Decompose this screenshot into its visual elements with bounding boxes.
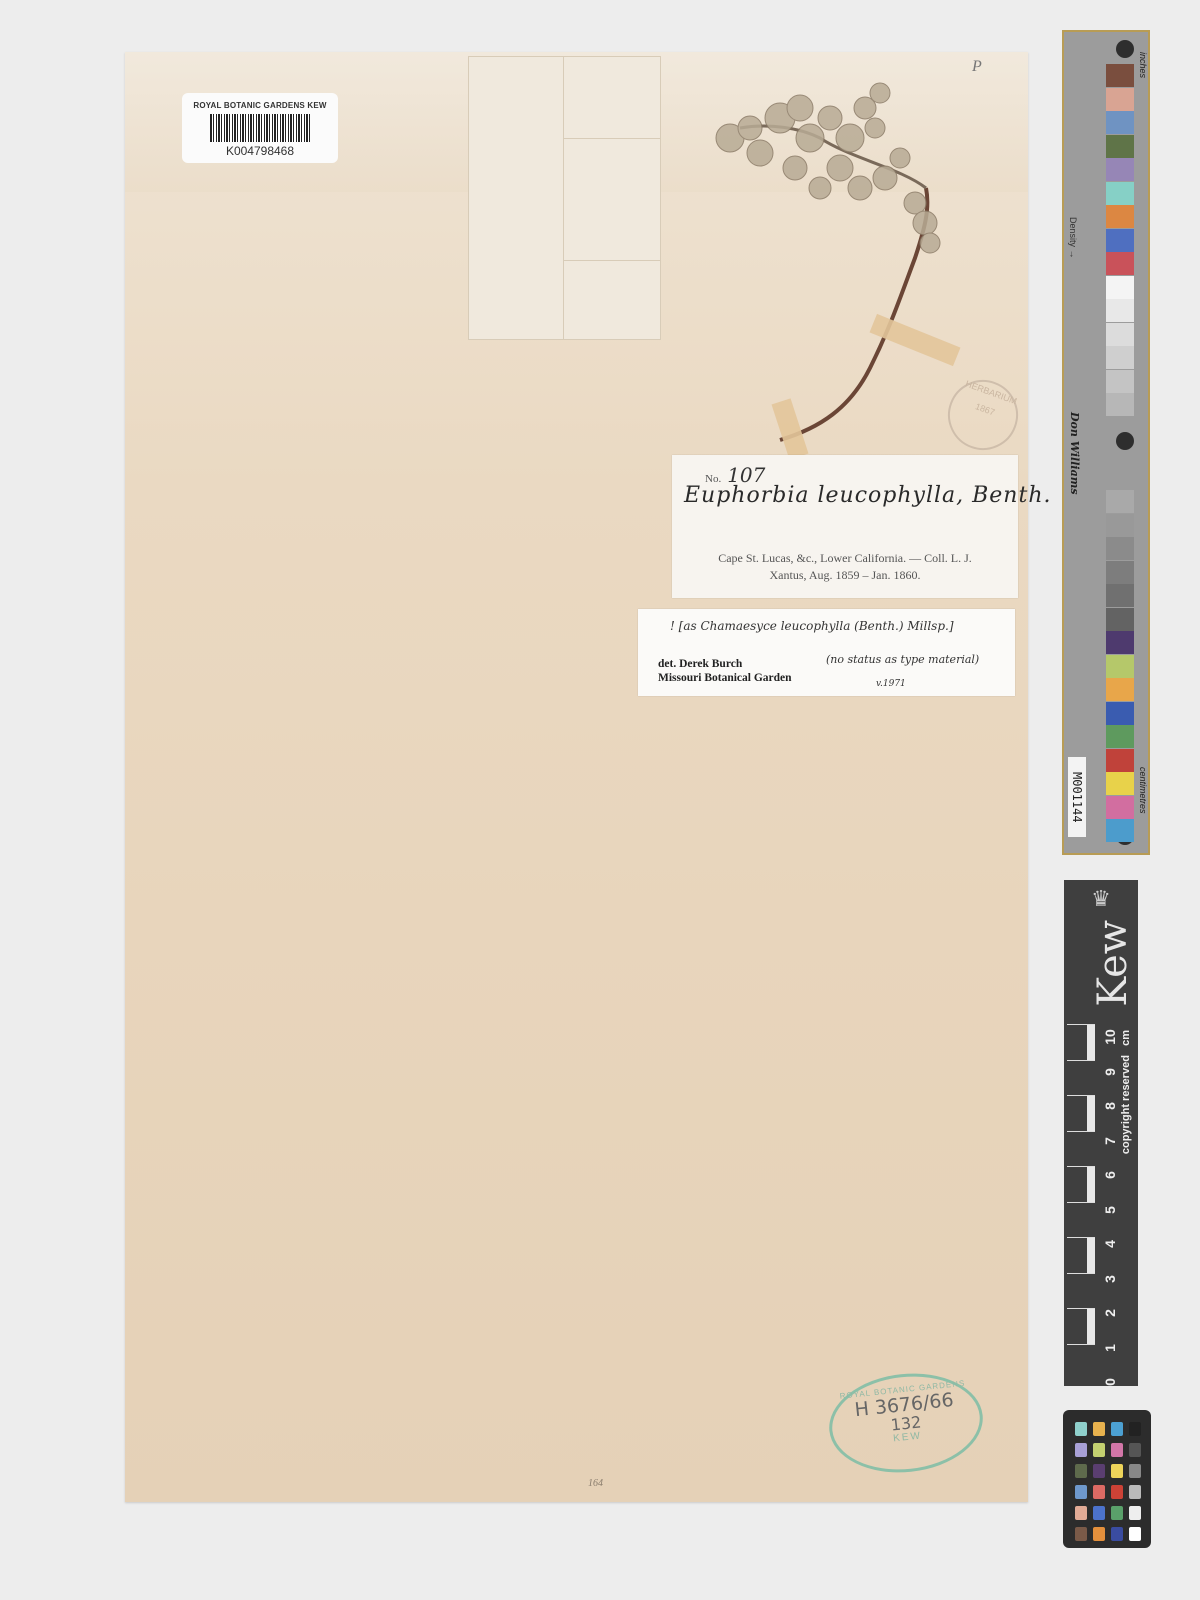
color-swatch bbox=[1106, 276, 1134, 299]
corner-mark: P bbox=[972, 58, 982, 76]
color-swatch bbox=[1106, 678, 1134, 701]
scale-number: 5 bbox=[1102, 1200, 1118, 1220]
checker-patch bbox=[1111, 1527, 1123, 1541]
color-swatch bbox=[1106, 514, 1134, 537]
color-swatch bbox=[1106, 111, 1134, 134]
checker-patch bbox=[1111, 1443, 1123, 1457]
crest-icon: ♛ bbox=[1086, 886, 1116, 914]
punch-hole bbox=[1116, 40, 1134, 58]
plant-specimen bbox=[700, 68, 980, 458]
tissue-flap-right-top bbox=[563, 56, 661, 140]
color-swatch bbox=[1106, 819, 1134, 842]
centimetres-label: centimetres bbox=[1136, 767, 1148, 814]
ruler-segment bbox=[1067, 1273, 1095, 1309]
color-swatch bbox=[1106, 631, 1134, 654]
color-swatch bbox=[1106, 584, 1134, 607]
scale-number: 3 bbox=[1102, 1269, 1118, 1289]
color-swatch bbox=[1106, 655, 1134, 678]
checker-patch bbox=[1093, 1443, 1105, 1457]
locality: Cape St. Lucas, &c., Lower California. —… bbox=[672, 550, 1018, 584]
checker-patch bbox=[1075, 1506, 1087, 1520]
ruler-segment bbox=[1067, 1237, 1095, 1273]
checker-patch bbox=[1129, 1443, 1141, 1457]
scale-numbers: 012345678910 bbox=[1100, 1024, 1120, 1384]
checker-patch bbox=[1075, 1443, 1087, 1457]
checker-patch bbox=[1075, 1422, 1087, 1436]
scale-number: 0 bbox=[1102, 1372, 1118, 1392]
checker-patch bbox=[1075, 1485, 1087, 1499]
barcode-number: K004798468 bbox=[182, 144, 338, 158]
color-swatch bbox=[1106, 252, 1134, 275]
scale-number: 8 bbox=[1102, 1096, 1118, 1116]
color-swatch bbox=[1106, 299, 1134, 322]
color-swatch bbox=[1106, 393, 1134, 416]
cm-ruler bbox=[1067, 1024, 1095, 1380]
color-swatch bbox=[1106, 182, 1134, 205]
checker-patch bbox=[1093, 1506, 1105, 1520]
color-swatch bbox=[1106, 608, 1134, 631]
determiner: det. Derek Burch Missouri Botanical Gard… bbox=[658, 657, 792, 685]
type-status-note: (no status as type material) bbox=[826, 653, 979, 666]
checker-patch bbox=[1093, 1527, 1105, 1541]
scale-number: 7 bbox=[1102, 1131, 1118, 1151]
brand-label: Don Williams bbox=[1068, 412, 1081, 495]
colorbar-id: M001144 bbox=[1068, 757, 1086, 837]
tissue-flap-left bbox=[468, 56, 564, 340]
scale-number: 9 bbox=[1102, 1062, 1118, 1082]
copyright-text: copyright reserved cm bbox=[1120, 1030, 1132, 1154]
scale-number: 6 bbox=[1102, 1165, 1118, 1185]
checker-patch bbox=[1129, 1485, 1141, 1499]
tissue-flap-right-bottom bbox=[563, 260, 661, 340]
color-swatch bbox=[1106, 702, 1134, 725]
ruler-segment bbox=[1067, 1095, 1095, 1131]
color-swatch bbox=[1106, 229, 1134, 252]
punch-hole bbox=[1116, 432, 1134, 450]
ruler-segment bbox=[1067, 1308, 1095, 1344]
color-swatch bbox=[1106, 490, 1134, 513]
checker-patch bbox=[1093, 1485, 1105, 1499]
ruler-segment bbox=[1067, 1166, 1095, 1202]
institution-name: ROYAL BOTANIC GARDENS KEW bbox=[182, 101, 338, 110]
color-swatch bbox=[1106, 205, 1134, 228]
scale-number: 4 bbox=[1102, 1234, 1118, 1254]
checker-patch bbox=[1111, 1422, 1123, 1436]
kew-logo: Kew bbox=[1090, 920, 1136, 1007]
color-swatch bbox=[1106, 749, 1134, 772]
determination-label: ! [as Chamaesyce leucophylla (Benth.) Mi… bbox=[638, 609, 1015, 696]
ruler-segment bbox=[1067, 1131, 1095, 1167]
color-swatch bbox=[1106, 158, 1134, 181]
scale-number: 2 bbox=[1102, 1303, 1118, 1323]
color-checker-card bbox=[1063, 1410, 1151, 1548]
ruler-segment bbox=[1067, 1202, 1095, 1238]
checker-patch bbox=[1075, 1464, 1087, 1478]
kew-scale-bar: ♛ Kew 012345678910 copyright reserved cm bbox=[1064, 880, 1138, 1386]
checker-patch bbox=[1093, 1464, 1105, 1478]
checker-patch bbox=[1111, 1485, 1123, 1499]
checker-patch bbox=[1129, 1506, 1141, 1520]
color-swatch bbox=[1106, 370, 1134, 393]
color-calibration-bar: inches centimetres Density → Don William… bbox=[1062, 30, 1150, 855]
determination-name: ! [as Chamaesyce leucophylla (Benth.) Mi… bbox=[670, 619, 954, 633]
color-swatch bbox=[1106, 346, 1134, 369]
ruler-segment bbox=[1067, 1344, 1095, 1380]
species-name: Euphorbia leucophylla, Benth. bbox=[684, 483, 1051, 508]
ruler-segment bbox=[1067, 1060, 1095, 1096]
color-swatch bbox=[1106, 561, 1134, 584]
color-swatch bbox=[1106, 64, 1134, 87]
barcode-bars bbox=[210, 114, 310, 142]
inches-label: inches bbox=[1136, 52, 1148, 78]
color-swatch bbox=[1106, 135, 1134, 158]
barcode-label: ROYAL BOTANIC GARDENS KEW K004798468 bbox=[182, 93, 338, 163]
scale-number: 10 bbox=[1102, 1027, 1118, 1047]
checker-patch bbox=[1111, 1464, 1123, 1478]
determination-date: v.1971 bbox=[876, 679, 906, 689]
color-swatch bbox=[1106, 537, 1134, 560]
checker-patch bbox=[1129, 1464, 1141, 1478]
checker-patch bbox=[1111, 1506, 1123, 1520]
color-swatch bbox=[1106, 772, 1134, 795]
color-swatch bbox=[1106, 725, 1134, 748]
page-number: 164 bbox=[588, 1478, 603, 1489]
tissue-flap-right-mid bbox=[563, 138, 661, 262]
collection-label: No.107 Euphorbia leucophylla, Benth. Cap… bbox=[672, 455, 1018, 598]
density-label: Density → bbox=[1068, 217, 1078, 259]
checker-patch bbox=[1129, 1422, 1141, 1436]
color-swatch bbox=[1106, 323, 1134, 346]
checker-patch bbox=[1075, 1527, 1087, 1541]
scale-number: 1 bbox=[1102, 1338, 1118, 1358]
checker-patch bbox=[1093, 1422, 1105, 1436]
color-swatch bbox=[1106, 88, 1134, 111]
checker-patch bbox=[1129, 1527, 1141, 1541]
ruler-segment bbox=[1067, 1024, 1095, 1060]
color-swatch bbox=[1106, 796, 1134, 819]
